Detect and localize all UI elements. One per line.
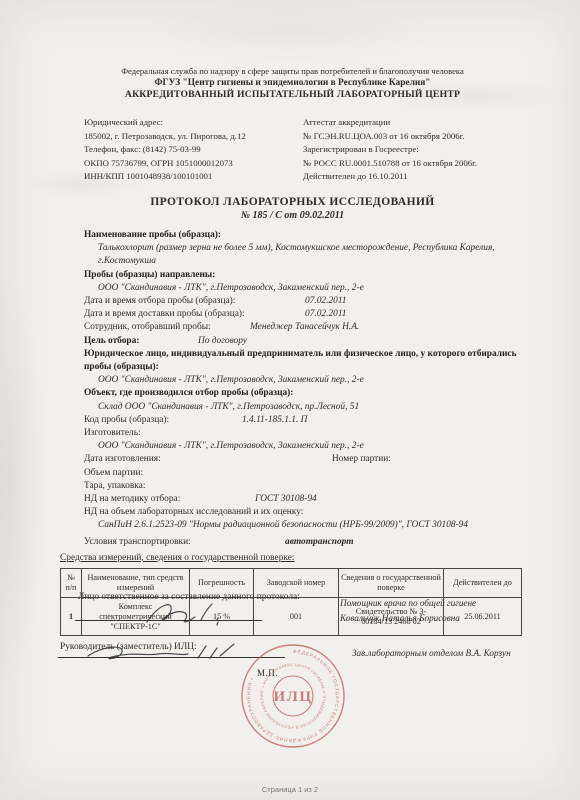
responsible-person-title: Помощник врача по общей гигиене <box>340 596 476 611</box>
date-delivery-label: Дата и время доставки пробы (образца): <box>84 309 245 319</box>
purpose-label: Цель отбора: <box>84 336 139 346</box>
protocol-body: Наименование пробы (образца): Талькохлор… <box>60 229 525 636</box>
object-label: Объект, где производился отбор пробы (об… <box>84 387 525 400</box>
sample-name-value: Талькохлорит (размер зерна не более 5 мм… <box>98 242 525 268</box>
manufacture-date-label: Дата изготовления: <box>84 454 161 464</box>
org-info: Юридический адрес: 185002, г. Петрозавод… <box>60 116 525 186</box>
letterhead: Федеральная служба по надзору в сфере за… <box>60 66 525 101</box>
responsible-signature-line <box>75 620 262 621</box>
responsible-person-name: Ковальчук Наталья Борисовна <box>340 611 460 626</box>
employee-value: Менеджер Танасейчук Н.А. <box>250 321 359 334</box>
inn-kpp-line: ИНН/КПП 1001048938/100101001 <box>84 170 314 184</box>
valid-until-line: Действителен до 16.10.2011 <box>303 170 533 184</box>
okpo-ogrn-line: ОКПО 75736799, ОГРН 1051000012073 <box>84 157 314 171</box>
round-stamp: ФЕДЕРАЛЬНОЕ ГОСУДАРСТВЕННОЕ УЧРЕЖДЕНИЕ З… <box>233 636 353 756</box>
federal-service-line: Федеральная служба по надзору в сфере за… <box>60 66 525 77</box>
page-number: Страница 1 из 2 <box>0 785 580 794</box>
purpose-row: Цель отбора: По договору <box>84 335 525 348</box>
packaging-label: Тара, упаковка: <box>84 480 525 493</box>
stamp-center-text: ИЛЦ <box>273 689 312 705</box>
organization-name: ФГУЗ "Центр гигиены и эпидемиологии в Ре… <box>60 77 525 89</box>
document-title: ПРОТОКОЛ ЛАБОРАТОРНЫХ ИССЛЕДОВАНИЙ <box>60 195 525 209</box>
legal-entity-value: ООО "Скандинавия - ЛТК", г.Петрозаводск,… <box>98 374 525 387</box>
stamp-inner-ring-text: "ЦЕНТР ГИГИЕНЫ И ЭПИДЕМИОЛОГИИ В РЕСПУБЛ… <box>233 636 327 730</box>
purpose-value: По договору <box>198 335 247 348</box>
cell-number: 1 <box>61 598 82 636</box>
head-signature <box>80 640 250 666</box>
cell-serial: 001 <box>254 598 339 636</box>
document-title-block: ПРОТОКОЛ ЛАБОРАТОРНЫХ ИССЛЕДОВАНИЙ № 185… <box>60 195 525 222</box>
laboratory-center-name: АККРЕДИТОВАННЫЙ ИСПЫТАТЕЛЬНЫЙ ЛАБОРАТОРН… <box>60 89 525 101</box>
date-sampling-label: Дата и время отбора пробы (образца): <box>84 296 235 306</box>
transport-value: автотранспорт <box>285 536 354 549</box>
transport-label: Условия транспортировки: <box>84 537 191 547</box>
nd-scope-value: СанПиН 2.6.1.2523-09 "Нормы радиационной… <box>98 519 525 532</box>
object-value: Склад ООО "Скандинавия - ЛТК", г.Петроза… <box>98 401 525 414</box>
samples-sent-label: Пробы (образцы) направлены: <box>84 269 525 282</box>
registry-number: № РОСС RU.0001.510788 от 16 октября 2006… <box>303 157 533 171</box>
sample-code-label: Код пробы (образца): <box>84 415 169 425</box>
accreditation-number: № ГСЭН.RU.ЦОА.003 от 16 октября 2006г. <box>303 130 533 144</box>
employee-label: Сотрудник, отобравший пробы: <box>84 322 211 332</box>
legal-address-block: Юридический адрес: 185002, г. Петрозавод… <box>84 116 314 184</box>
manufacturer-value: ООО "Скандинавия - ЛТК", г.Петрозаводск,… <box>98 440 525 453</box>
transport-row: Условия транспортировки: автотранспорт <box>84 536 525 549</box>
accreditation-title: Аттестат аккредитации <box>303 116 533 130</box>
instruments-heading: Средства измерений, сведения о государст… <box>60 552 525 565</box>
head-name: Зав.лабораторным отделом В.А. Корзун <box>352 646 511 661</box>
accreditation-block: Аттестат аккредитации № ГСЭН.RU.ЦОА.003 … <box>303 116 533 184</box>
sample-code-value: 1.4.11-185.1.1. П <box>242 414 307 427</box>
employee-row: Сотрудник, отобравший пробы: Менеджер Та… <box>84 321 525 334</box>
legal-entity-label: Юридическое лицо, индивидуальный предпри… <box>84 348 525 374</box>
date-sampling-value: 07.02.2011 <box>305 295 347 308</box>
sample-code-row: Код пробы (образца): 1.4.11-185.1.1. П <box>84 414 525 427</box>
batch-volume-label: Объем партии: <box>84 467 525 480</box>
phone-fax-line: Телефон, факс: (8142) 75-03-99 <box>84 143 314 157</box>
responsible-signature <box>135 596 265 628</box>
batch-number-label: Номер партии: <box>332 453 391 466</box>
manufacturer-label: Изготовитель: <box>84 427 525 440</box>
legal-address-line: 185002, г. Петрозаводск, ул. Пирогова, д… <box>84 130 314 144</box>
col-header-valid-until: Действителен до <box>444 569 522 598</box>
svg-text:"ЦЕНТР ГИГИЕНЫ И ЭПИДЕМИОЛОГИИ: "ЦЕНТР ГИГИЕНЫ И ЭПИДЕМИОЛОГИИ В РЕСПУБЛ… <box>233 636 327 730</box>
date-sampling-row: Дата и время отбора пробы (образца): 07.… <box>84 295 525 308</box>
document-number-date: № 185 / С от 09.02.2011 <box>60 209 525 222</box>
date-delivery-row: Дата и время доставки пробы (образца): 0… <box>84 308 525 321</box>
nd-method-value: ГОСТ 30108-94 <box>255 493 317 506</box>
samples-sent-value: ООО "Скандинавия - ЛТК", г.Петрозаводск,… <box>98 282 525 295</box>
registry-title: Зарегистрирован в Госреестре: <box>303 143 533 157</box>
nd-scope-label: НД на объем лабораторных исследований и … <box>84 506 525 519</box>
date-delivery-value: 07.02.2011 <box>305 308 347 321</box>
sample-name-label: Наименование пробы (образца): <box>84 229 525 242</box>
nd-method-label: НД на методику отбора: <box>84 494 180 504</box>
nd-method-row: НД на методику отбора: ГОСТ 30108-94 <box>84 493 525 506</box>
document-page: Федеральная служба по надзору в сфере за… <box>0 0 580 800</box>
manufacture-batch-row: Дата изготовления: Номер партии: <box>84 453 525 466</box>
col-header-verification: Сведения о государственной поверке <box>339 569 444 598</box>
legal-address-title: Юридический адрес: <box>84 116 314 130</box>
protocol-document: Федеральная служба по надзору в сфере за… <box>0 0 580 636</box>
